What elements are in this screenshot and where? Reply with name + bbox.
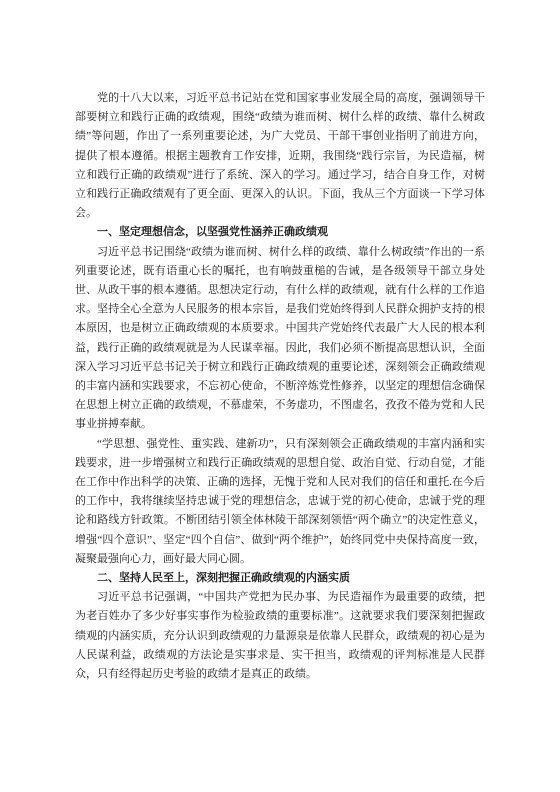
- section-heading-1: 一、坚定理想信念，以坚强党性涵养正确政绩观: [75, 223, 485, 242]
- paragraph-section-2: 习近平总书记强调，“中国共产党把为民办事、为民造福作为最重要的政绩，把为老百姓办…: [75, 588, 485, 684]
- document-page: 党的十八大以来，习近平总书记站在党和国家事业发展全局的高度，强调领导干部要树立和…: [0, 0, 560, 792]
- paragraph-intro: 党的十八大以来，习近平总书记站在党和国家事业发展全局的高度，强调领导干部要树立和…: [75, 89, 485, 223]
- paragraph-section-1a: 习近平总书记围绕“政绩为谁而树、树什么样的政绩、靠什么树政绩”作出的一系列重要论…: [75, 243, 485, 435]
- section-heading-2: 二、坚持人民至上，深刻把握正确政绩观的内涵实质: [75, 569, 485, 588]
- paragraph-section-1b: “学思想、强党性、重实践、建新功”，只有深刻领会正确政绩观的丰富内涵和实践要求，…: [75, 435, 485, 569]
